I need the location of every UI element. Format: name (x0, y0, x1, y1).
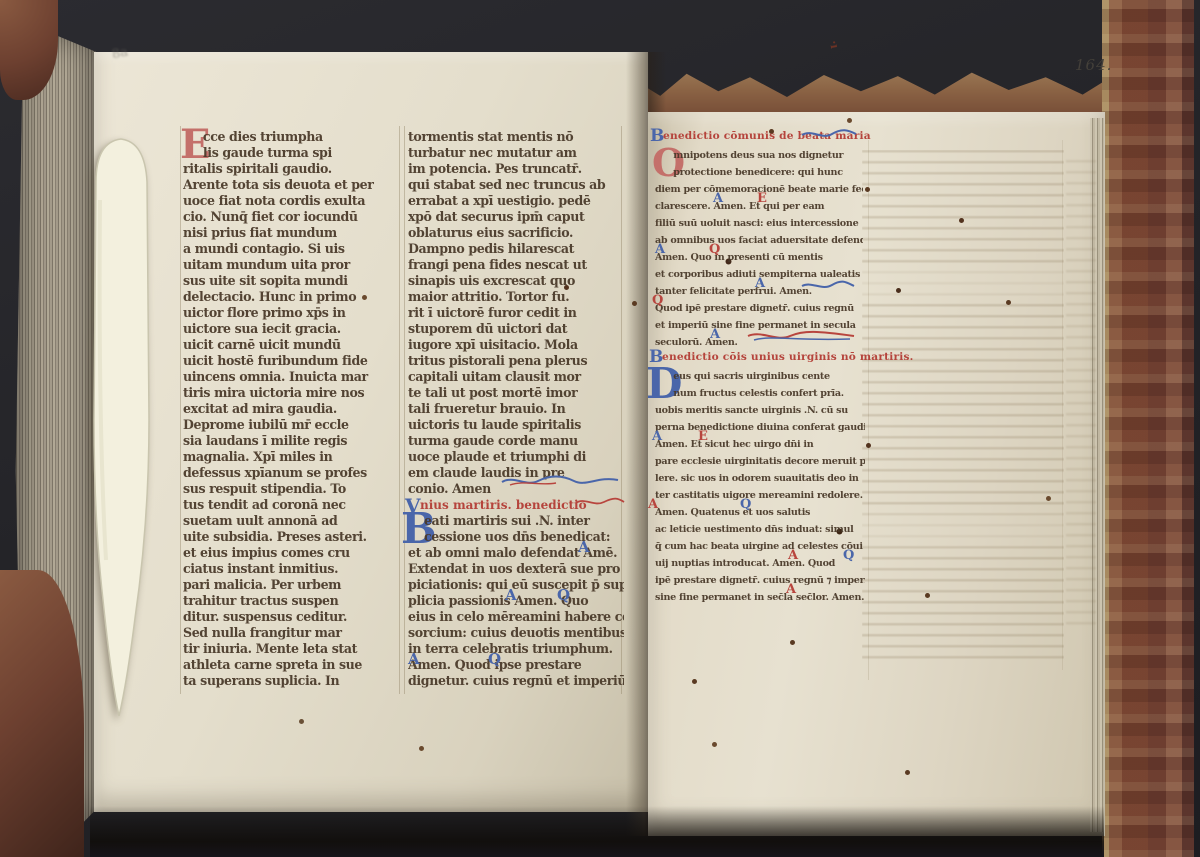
colored-capital: A (652, 429, 662, 444)
colored-capital: A (755, 276, 765, 291)
colored-capital: Q (652, 293, 663, 308)
pen-flourish (500, 474, 622, 488)
manuscript-photo: 8a E cce dies triumpha lis gaude turma s… (0, 0, 1200, 857)
colored-capital: A (788, 548, 798, 563)
colored-capital: Q (740, 497, 751, 512)
colored-capital: Q (557, 586, 570, 604)
ruling-line (404, 126, 405, 694)
right-text-block-2: eus qui sacris uirginibus cente num fruc… (655, 368, 865, 608)
colored-capital: A (655, 242, 665, 257)
ruling-line (180, 126, 181, 694)
rubric-benedictio-virginis: enedictio cōis unius uirginis nō martiri… (662, 351, 914, 363)
colored-capital: A (786, 582, 796, 597)
colored-capital: Q (709, 242, 720, 257)
colored-capital: Q (488, 650, 501, 668)
colored-capital: A (648, 497, 658, 512)
left-column-1-text: cce dies triumpha lis gaude turma spi ri… (183, 129, 397, 693)
colored-capital: Q (843, 548, 854, 563)
text-showthrough (862, 150, 1064, 662)
right-text-block-1: mnipotens deus sua nos dignetur protecti… (655, 147, 863, 353)
page-number: 164. (1075, 56, 1112, 74)
pen-flourish (800, 280, 856, 292)
colored-capital: A (408, 650, 420, 668)
left-column-2-text-upper: tormentis stat mentis nō turbatur nec mu… (408, 129, 624, 499)
colored-capital: A (505, 586, 517, 604)
colored-capital: E (698, 429, 708, 444)
pen-flourish (800, 128, 858, 141)
rubric-unius-martiris: nius martiris. benedictio (420, 498, 587, 512)
right-cover-board (1102, 0, 1194, 857)
colored-capital: E (757, 191, 767, 206)
page-bottom-shadow (90, 806, 1104, 857)
quire-mark: ·ı (827, 39, 841, 49)
text-showthrough (1066, 160, 1096, 630)
colored-capital: A (713, 191, 723, 206)
colored-capital: A (578, 538, 590, 556)
pen-flourish (574, 496, 626, 508)
ruling-line (399, 126, 400, 694)
pen-flourish (746, 330, 858, 344)
wormholes-and-specks (0, 0, 3, 3)
colored-capital: A (710, 327, 720, 342)
